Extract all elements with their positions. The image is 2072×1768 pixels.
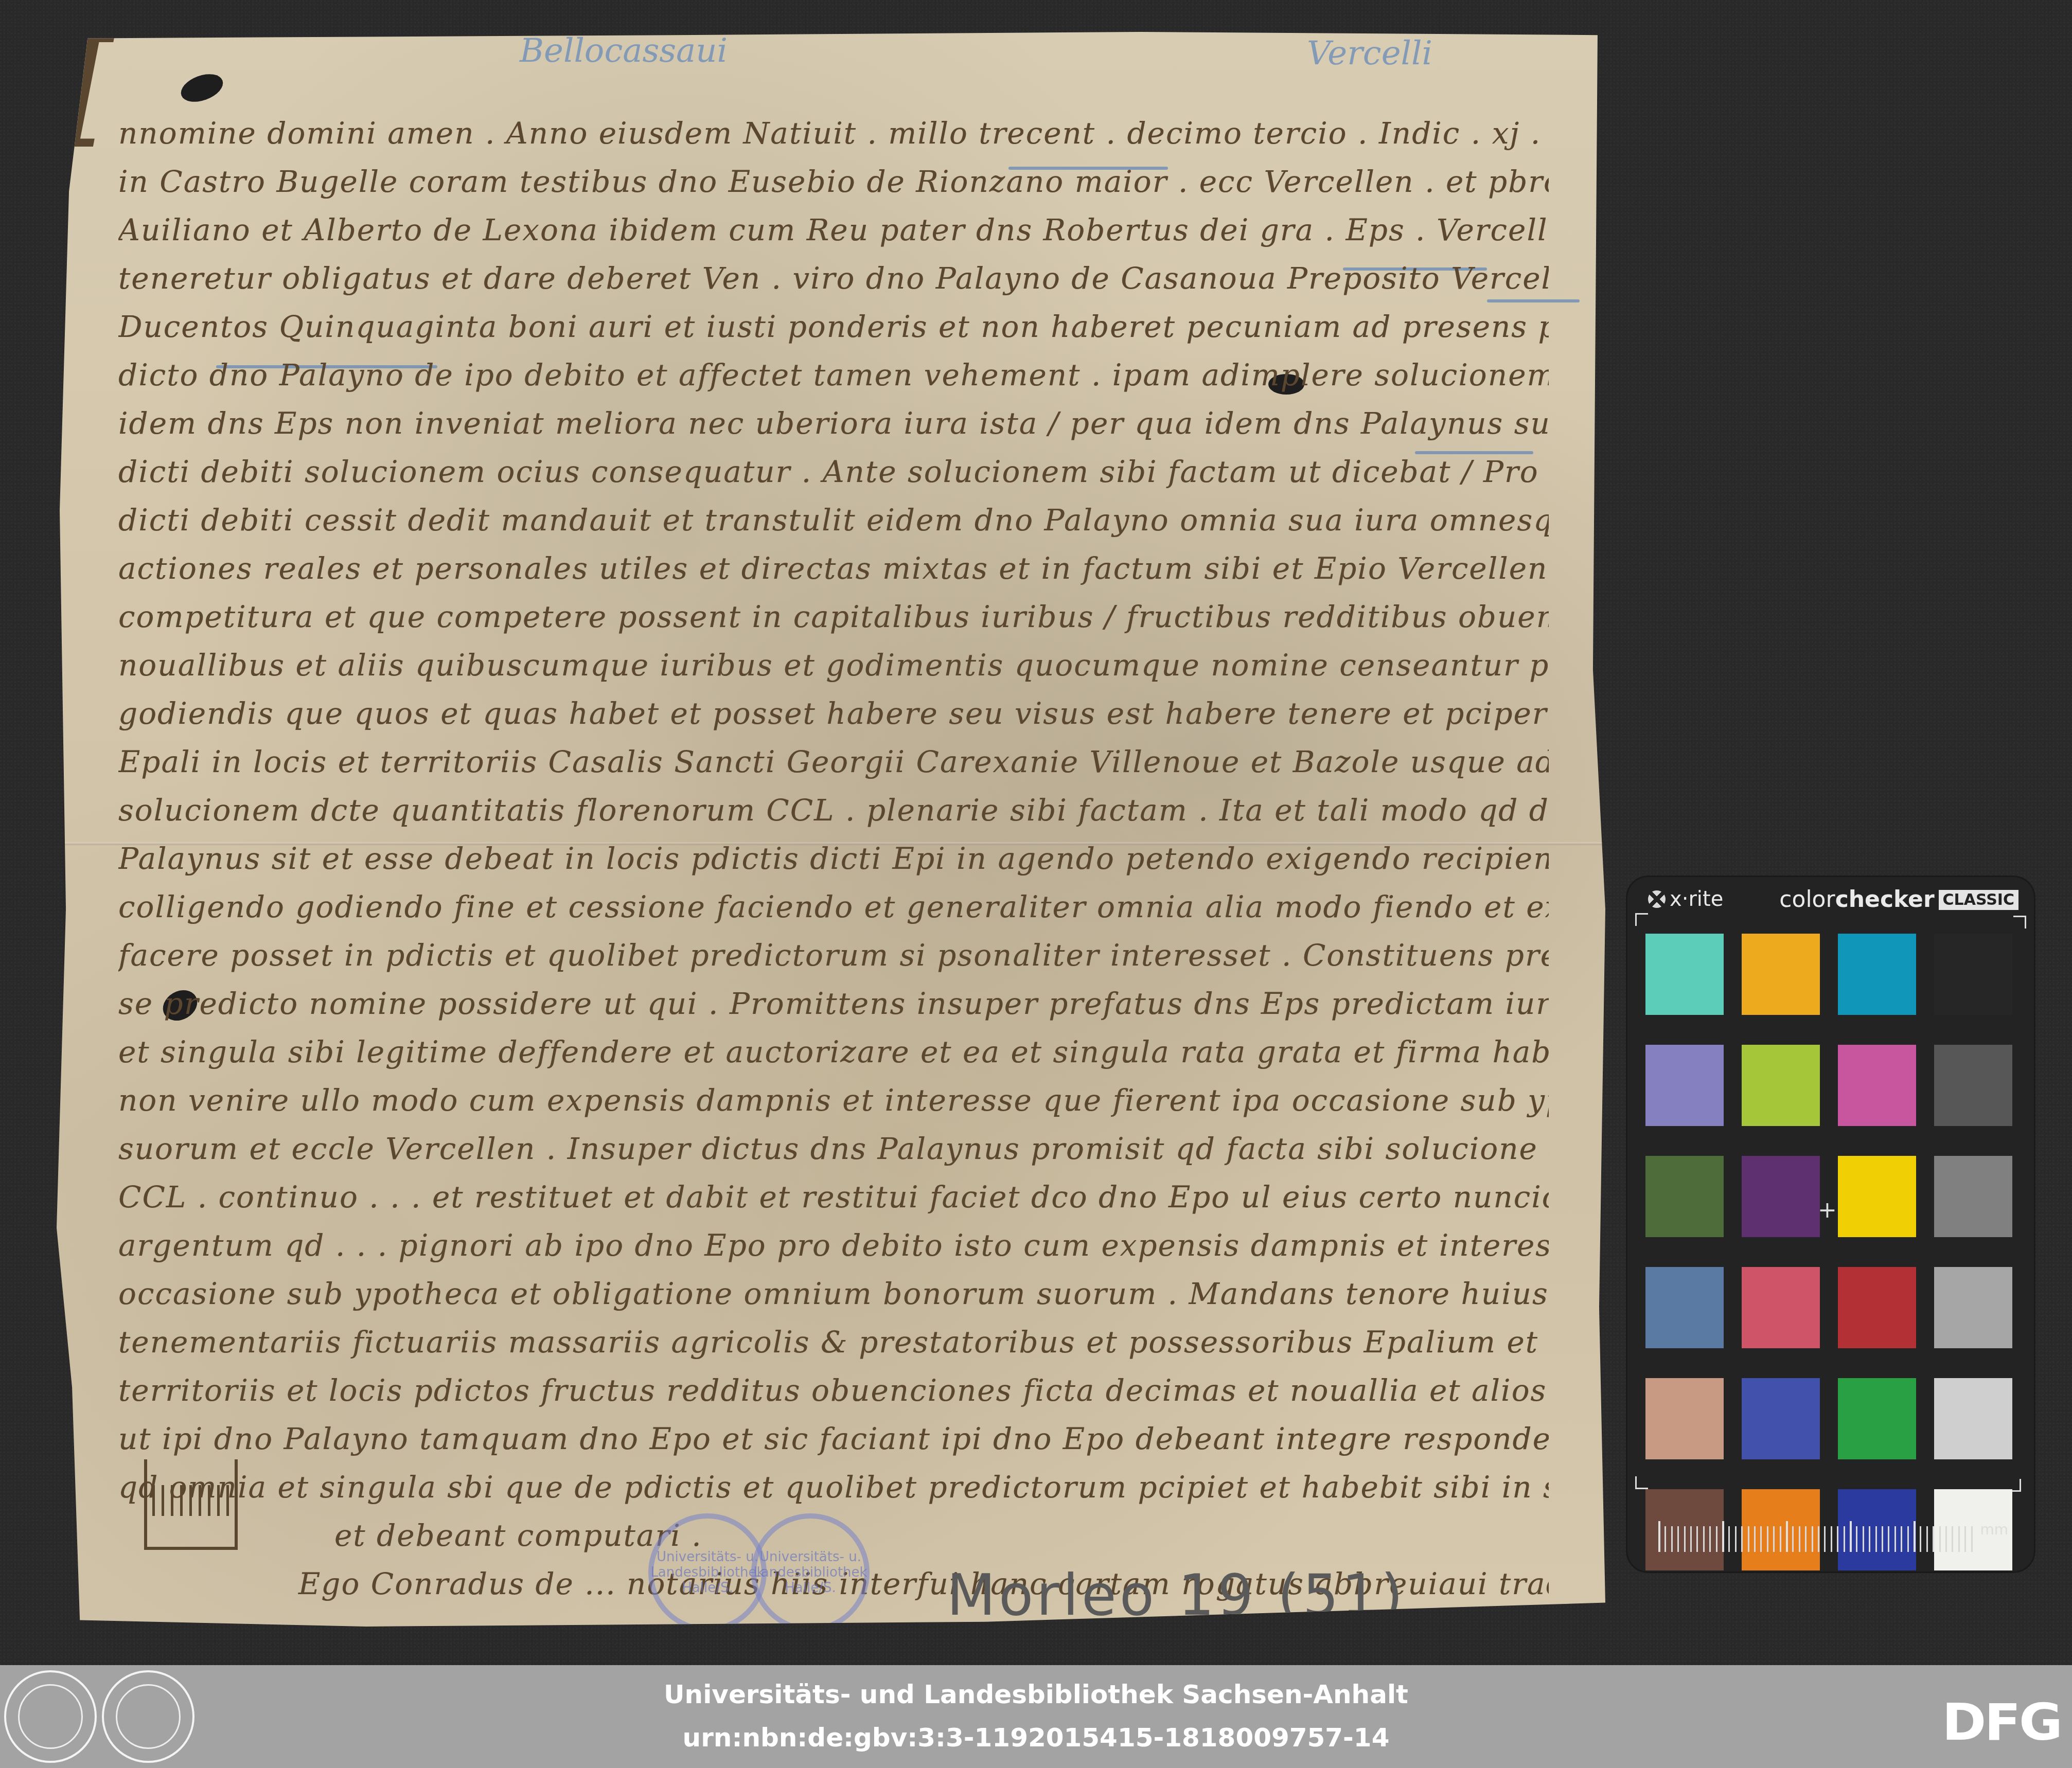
charter-text: nnomine domini amen . Anno eiusdem Natiu… <box>118 109 1549 1608</box>
text-line: competitura et que competere possent in … <box>118 593 1549 641</box>
text-line: tenementariis fictuariis massariis agric… <box>118 1318 1549 1366</box>
color-patch <box>1645 1156 1724 1237</box>
text-line: facere posset in pdictis et quolibet pre… <box>118 931 1549 979</box>
crop-corner-mark <box>2013 916 2026 928</box>
text-line: et singula sibi legitime deffendere et a… <box>118 1028 1549 1076</box>
text-line: qd omnia et singula sbi que de pdictis e… <box>118 1463 1549 1511</box>
urn-identifier: urn:nbn:de:gbv:3:3-1192015415-1818009757… <box>0 1723 2072 1753</box>
color-patch <box>1742 934 1820 1015</box>
text-line: teneretur obligatus et dare deberet Ven … <box>118 254 1549 302</box>
text-line: dicto dno Palayno de ipo debito et affec… <box>118 351 1549 399</box>
color-patch <box>1934 1045 2012 1126</box>
center-crosshair-icon: + <box>1818 1197 1837 1223</box>
text-line: se predicto nomine possidere ut qui . Pr… <box>118 979 1549 1028</box>
hole-top-left <box>177 69 226 107</box>
colorchecker-card: x·rite colorcheckerCLASSIC + mm <box>1627 877 2034 1571</box>
color-patch <box>1645 934 1724 1015</box>
notary-signum <box>144 1459 238 1550</box>
text-line: nnomine domini amen . Anno eiusdem Natiu… <box>118 109 1549 157</box>
color-patch <box>1645 1267 1724 1348</box>
color-patch <box>1934 1267 2012 1348</box>
text-line: non venire ullo modo cum expensis dampni… <box>118 1076 1549 1124</box>
text-line: argentum qd . . . pignori ab ipo dno Epo… <box>118 1221 1549 1270</box>
xrite-logo: x·rite <box>1648 887 1723 911</box>
color-patch <box>1838 1267 1916 1348</box>
text-line: Palaynus sit et esse debeat in locis pdi… <box>118 834 1549 883</box>
text-line: actiones reales et personales utiles et … <box>118 544 1549 593</box>
color-patch <box>1838 1378 1916 1459</box>
xrite-x-icon <box>1648 890 1666 908</box>
color-patch <box>1645 1378 1724 1459</box>
text-line: suorum et eccle Vercellen . Insuper dict… <box>118 1124 1549 1173</box>
text-line: occasione sub ypotheca et obligatione om… <box>118 1270 1549 1318</box>
dfg-logo: DFG <box>1942 1692 2061 1752</box>
text-line: Ducentos Quinquaginta boni auri et iusti… <box>118 302 1549 351</box>
color-patch <box>1742 1378 1820 1459</box>
institution-name: Universitäts- und Landesbibliothek Sachs… <box>0 1680 2072 1709</box>
color-patch <box>1838 1156 1916 1237</box>
color-patch <box>1742 1045 1820 1126</box>
color-patch <box>1742 1267 1820 1348</box>
color-patch <box>1645 1045 1724 1126</box>
parchment-charter: Bellocassaui Vercelli I nnomine domini a… <box>57 32 1605 1627</box>
text-line: colligendo godiendo fine et cessione fac… <box>118 883 1549 931</box>
color-patch <box>1934 1156 2012 1237</box>
ruler-unit-label: mm <box>1980 1521 2008 1538</box>
color-patch <box>1934 934 2012 1015</box>
library-footer-band: Universitäts- und Landesbibliothek Sachs… <box>0 1665 2072 1768</box>
text-line: Epali in locis et territoriis Casalis Sa… <box>118 738 1549 786</box>
color-patch <box>1838 934 1916 1015</box>
text-line: solucionem dcte quantitatis florenorum C… <box>118 786 1549 834</box>
text-line: dicti debiti solucionem ocius consequatu… <box>118 448 1549 496</box>
text-line: nouallibus et aliis quibuscumque iuribus… <box>118 641 1549 689</box>
text-line: Auiliano et Alberto de Lexona ibidem cum… <box>118 206 1549 254</box>
crop-corner-mark <box>1635 913 1648 926</box>
text-line: idem dns Eps non inveniat meliora nec ub… <box>118 399 1549 448</box>
mm-ruler-major-ticks <box>1658 1521 1977 1552</box>
text-line: territoriis et locis pdictos fructus red… <box>118 1366 1549 1415</box>
color-patch <box>1838 1045 1916 1126</box>
blue-annotation-top-right: Vercelli <box>1307 34 1432 73</box>
text-line: CCL . continuo . . . et restituet et dab… <box>118 1173 1549 1221</box>
text-line: ut ipi dno Palayno tamquam dno Epo et si… <box>118 1415 1549 1463</box>
text-line: godiendis que quos et quas habet et poss… <box>118 689 1549 738</box>
blue-annotation-top-left: Bellocassaui <box>520 32 728 70</box>
library-stamp: Universitäts- u. Landesbibliothek Halle/… <box>648 1513 767 1632</box>
library-stamp: Universitäts- u. Landesbibliothek Halle/… <box>751 1513 870 1632</box>
color-patch <box>1742 1156 1820 1237</box>
color-patch <box>1934 1378 2012 1459</box>
colorchecker-title: colorcheckerCLASSIC <box>1779 886 2018 913</box>
text-line: dicti debiti cessit dedit mandauit et tr… <box>118 496 1549 544</box>
text-line: in Castro Bugelle coram testibus dno Eus… <box>118 157 1549 206</box>
color-patch-grid <box>1645 934 2016 1570</box>
